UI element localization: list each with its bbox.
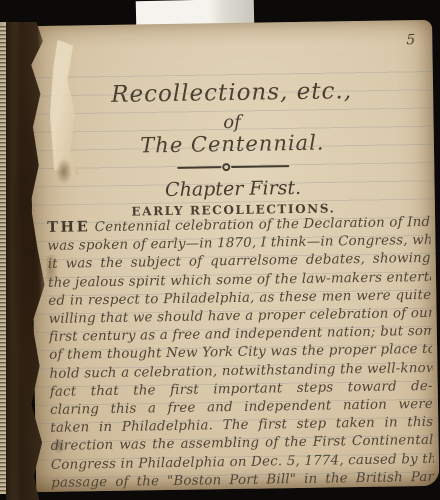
divider-line-left xyxy=(177,166,221,169)
paper-stain xyxy=(46,255,58,289)
divider-ornament xyxy=(31,160,434,174)
title-line-3: The Centennial. xyxy=(31,129,434,159)
divider-line-right xyxy=(231,165,289,168)
chapter-heading: Chapter First. xyxy=(31,175,434,203)
manuscript-body: THE Centennial celebration of the Declar… xyxy=(47,213,434,492)
lead-word: THE xyxy=(47,218,90,236)
paper-stain xyxy=(52,438,66,454)
title-line-1: Recollections, etc., xyxy=(30,77,433,109)
divider-circle xyxy=(222,163,230,171)
manuscript-page: 5 Recollections, etc., of The Centennial… xyxy=(29,20,439,492)
ink-smudge xyxy=(56,158,72,184)
page-number: 5 xyxy=(406,32,415,48)
photographed-notebook: { "page": { "number": "5" }, "title": { … xyxy=(0,0,440,500)
